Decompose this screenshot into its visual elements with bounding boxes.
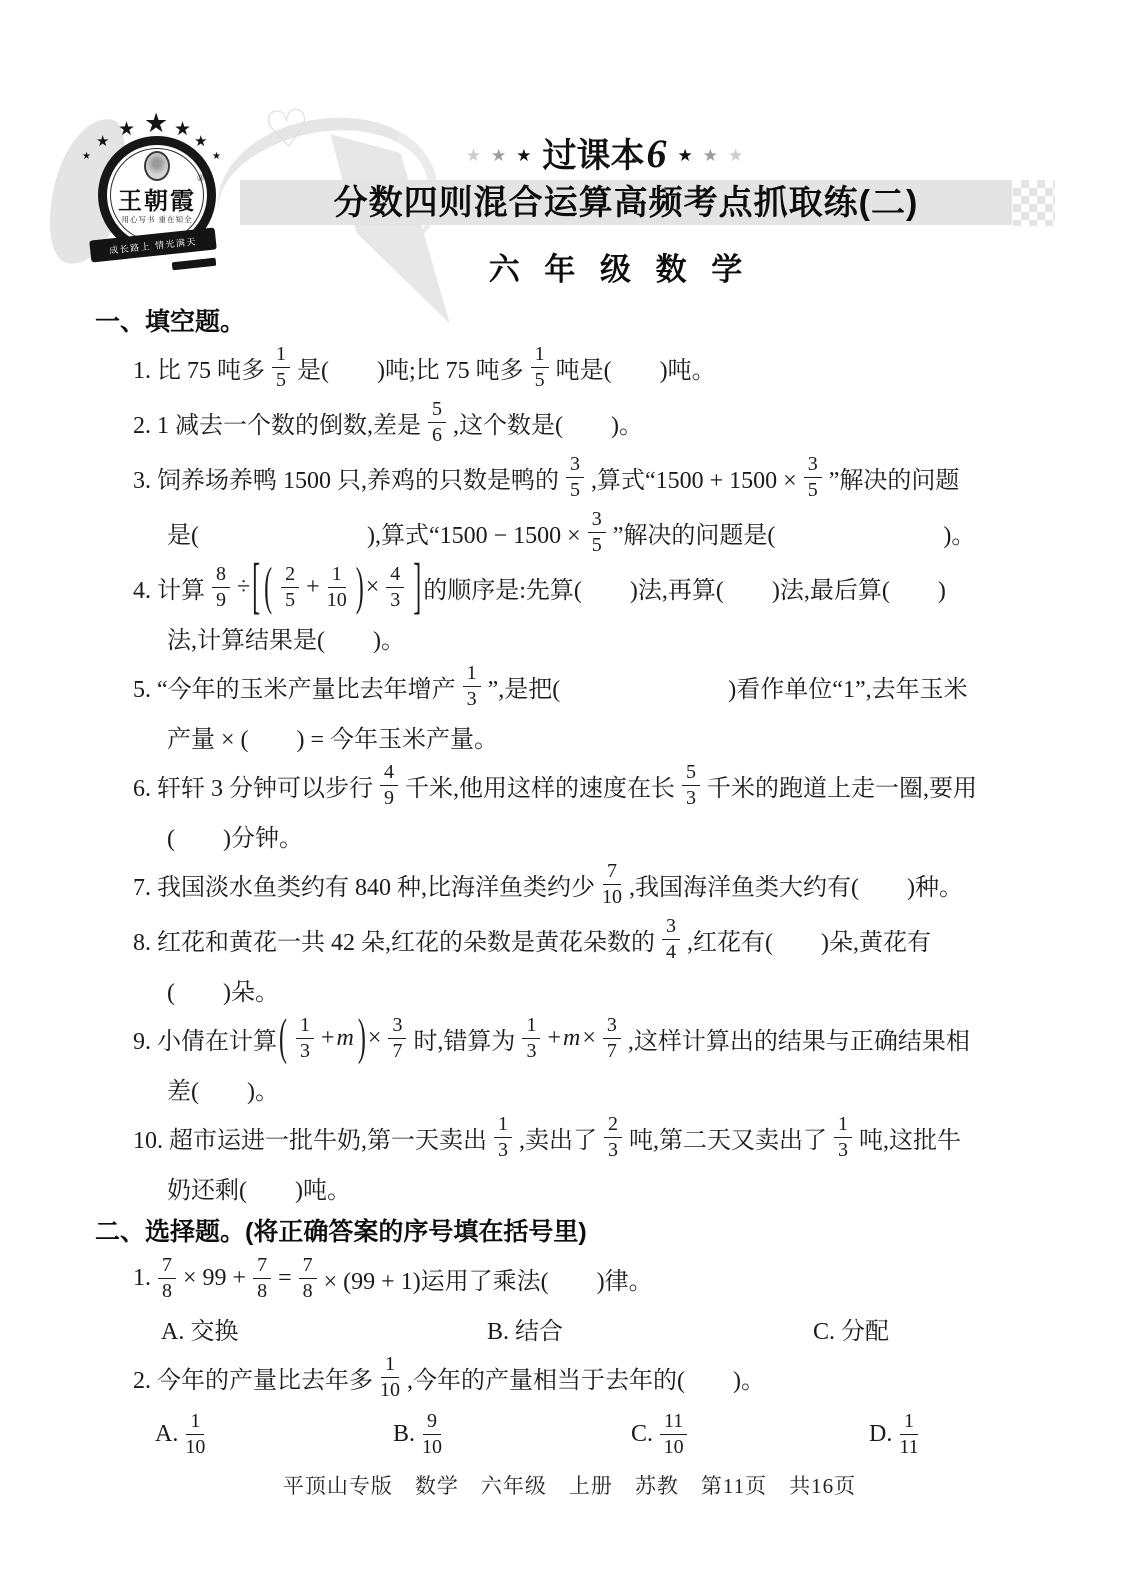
text-run: ,这样计算出的结果与正确结果相	[628, 1021, 970, 1056]
text-run: +	[547, 1025, 561, 1052]
fraction: 13	[494, 1114, 512, 1161]
option-d: D.111	[869, 1411, 926, 1458]
page-footer: 平顶山专版 数学 六年级 上册 苏教 第11页 共16页	[0, 1470, 1139, 1500]
fraction-numerator: 11	[660, 1411, 687, 1435]
fraction: 37	[388, 1015, 406, 1062]
text-run: ,这个数是( )。	[453, 405, 643, 440]
fraction-numerator: 5	[682, 762, 700, 786]
q4-line-2: 法,计算结果是( )。	[95, 615, 1053, 659]
bracket: ]	[413, 556, 421, 618]
fraction-numerator: 7	[603, 861, 621, 885]
fraction-denominator: 9	[384, 786, 394, 809]
text-run: 1. 比 75 吨多	[133, 350, 265, 385]
q8-line-1: 8. 红花和黄花一共 42 朵,红花的朵数是黄花朵数的34,红花有( )朵,黄花…	[95, 912, 1053, 967]
text-run: 9. 小倩在计算	[133, 1021, 277, 1056]
text-run: 时,错算为	[413, 1021, 515, 1056]
worksheet-page: { "header": { "star": "\u2605", "series_…	[0, 0, 1139, 1582]
fraction-numerator: 3	[662, 916, 680, 940]
fraction: 43	[386, 564, 404, 611]
fraction: 1110	[660, 1411, 687, 1458]
text-run: B. 结合	[487, 1311, 563, 1346]
fraction-denominator: 7	[392, 1039, 402, 1062]
fraction: 34	[662, 916, 680, 963]
choice-q1-line-1: 1.78× 99 +78=78× (99 + 1)运用了乘法( )律。	[95, 1251, 1053, 1306]
fraction-denominator: 3	[686, 786, 696, 809]
fraction-numerator: 1	[463, 663, 481, 687]
fraction: 15	[531, 344, 549, 391]
star-icon: ★	[96, 135, 109, 150]
text-run: ,算式“1500 + 1500 ×	[591, 460, 797, 495]
text-run: A.	[155, 1421, 178, 1448]
text-run: ,今年的产量相当于去年的( )。	[407, 1360, 765, 1395]
q9-line-1: 9. 小倩在计算(13+m)×37时,错算为13+m×37,这样计算出的结果与正…	[95, 1011, 1053, 1066]
fraction-numerator: 1	[531, 344, 549, 368]
text-run: A. 交换	[161, 1311, 238, 1346]
text-run: 5. “今年的玉米产量比去年增产	[133, 669, 456, 704]
fraction: 78	[158, 1255, 176, 1302]
text-run: 10. 超市运进一批牛奶,第一天卖出	[133, 1120, 487, 1155]
fraction-numerator: 2	[604, 1114, 622, 1138]
text-run: B.	[393, 1421, 415, 1448]
fraction: 89	[212, 564, 230, 611]
text-run: 4. 计算	[133, 570, 205, 605]
text-run: 的顺序是:先算( )法,再算( )法,最后算( )	[423, 570, 946, 605]
fraction-denominator: 9	[216, 588, 226, 611]
option-b: B. 结合	[487, 1311, 813, 1346]
star-icon: ★	[144, 110, 168, 137]
fraction: 15	[272, 344, 290, 391]
section-1-heading: 一、填空题。	[95, 300, 1053, 340]
series-number: 6	[647, 131, 667, 176]
banner-checker-decoration	[1013, 180, 1055, 226]
fraction-denominator: 10	[422, 1435, 442, 1458]
option-a: A.110	[155, 1411, 393, 1458]
bracket: (	[264, 561, 272, 614]
fraction-denominator: 10	[327, 588, 347, 611]
q5-line-2: 产量 × ( ) = 今年玉米产量。	[95, 714, 1053, 758]
q2-line-1: 2. 1 减去一个数的倒数,差是56,这个数是( )。	[95, 395, 1053, 450]
fraction: 13	[834, 1114, 852, 1161]
fraction: 78	[299, 1255, 317, 1302]
fraction-numerator: 1	[272, 344, 290, 368]
star-icon: ★	[212, 152, 221, 162]
text-run: ,我国海洋鱼类大约有( )种。	[629, 867, 963, 902]
star-icon: ★	[728, 146, 743, 165]
fraction: 53	[682, 762, 700, 809]
text-run: +	[321, 1025, 335, 1052]
text-run: × (99 + 1)运用了乘法( )律。	[324, 1261, 653, 1296]
brand-tagline: 用心写书 重在知全	[107, 214, 207, 225]
fraction-numerator: 1	[494, 1114, 512, 1138]
fraction-denominator: 10	[380, 1378, 400, 1401]
fraction-numerator: 3	[588, 509, 606, 533]
brand-name: 王朝霞	[107, 181, 207, 216]
fraction: 110	[327, 564, 347, 611]
bracket: [	[252, 556, 260, 618]
q4-line-1: 4. 计算89÷[(25+110)×43]的顺序是:先算( )法,再算( )法,…	[95, 560, 1053, 615]
fraction: 110	[380, 1354, 400, 1401]
bracket: )	[358, 1013, 366, 1063]
fraction-numerator: 4	[386, 564, 404, 588]
q6-line-1: 6. 轩轩 3 分钟可以步行49千米,他用这样的速度在长53千米的跑道上走一圈,…	[95, 758, 1053, 813]
fraction-denominator: 10	[602, 885, 622, 908]
fraction-denominator: 3	[608, 1138, 618, 1161]
q6-line-2: ( )分钟。	[95, 813, 1053, 857]
text-run: 吨是( )吨。	[556, 350, 716, 385]
text-run: 差( )。	[167, 1071, 279, 1106]
text-run: 奶还剩( )吨。	[167, 1170, 351, 1205]
text-run: C. 分配	[813, 1311, 889, 1346]
text-run: 1.	[133, 1265, 151, 1292]
fraction-denominator: 5	[535, 368, 545, 391]
fraction-denominator: 8	[257, 1279, 267, 1302]
variable: m	[335, 1025, 356, 1052]
q8-line-2: ( )朵。	[95, 967, 1053, 1011]
text-run: ”,是把( )看作单位“1”,去年玉米	[488, 669, 968, 704]
portrait-photo	[144, 151, 170, 181]
fraction-denominator: 8	[303, 1279, 313, 1302]
fraction: 13	[463, 663, 481, 710]
fraction: 110	[185, 1411, 205, 1458]
text-run: ×	[582, 1025, 596, 1052]
registered-mark: ®	[197, 173, 204, 183]
text-run: +	[306, 574, 320, 601]
fraction-numerator: 1	[834, 1114, 852, 1138]
star-icon: ★	[703, 146, 718, 165]
star-icon: ★	[194, 135, 207, 150]
text-run: 千米的跑道上走一圈,要用	[707, 768, 977, 803]
star-icon: ★	[82, 152, 91, 162]
star-icon: ★	[516, 146, 531, 165]
q7-line-1: 7. 我国淡水鱼类约有 840 种,比海洋鱼类约少710,我国海洋鱼类大约有( …	[95, 857, 1053, 912]
text-run: 3. 饲养场养鸭 1500 只,养鸡的只数是鸭的	[133, 460, 559, 495]
fraction: 111	[899, 1411, 918, 1458]
text-run: 产量 × ( ) = 今年玉米产量。	[167, 719, 498, 754]
q3-line-2: 是( ),算式“1500 − 1500 ×35”解决的问题是( )。	[95, 505, 1053, 560]
fraction: 35	[566, 454, 584, 501]
text-run: 7. 我国淡水鱼类约有 840 种,比海洋鱼类约少	[133, 867, 595, 902]
text-run: 是( )吨;比 75 吨多	[297, 350, 524, 385]
text-run: ÷	[237, 574, 250, 601]
fraction-denominator: 3	[498, 1138, 508, 1161]
bracket: )	[356, 561, 364, 614]
fraction-numerator: 2	[281, 564, 299, 588]
text-run: 吨,这批牛	[859, 1120, 961, 1155]
fraction-numerator: 7	[158, 1255, 176, 1279]
fraction: 49	[380, 762, 398, 809]
fraction-denominator: 5	[276, 368, 286, 391]
fraction-denominator: 4	[666, 940, 676, 963]
fraction-denominator: 10	[664, 1435, 684, 1458]
text-run: ×	[368, 1025, 382, 1052]
text-run: 吨,第二天又卖出了	[629, 1120, 827, 1155]
fraction: 37	[603, 1015, 621, 1062]
fraction-numerator: 1	[900, 1411, 918, 1435]
fraction-denominator: 3	[467, 687, 477, 710]
fraction-numerator: 1	[328, 564, 346, 588]
q5-line-1: 5. “今年的玉米产量比去年增产13”,是把( )看作单位“1”,去年玉米	[95, 659, 1053, 714]
fraction-numerator: 3	[804, 454, 822, 478]
q10-line-2: 奶还剩( )吨。	[95, 1165, 1053, 1209]
text-run: ,卖出了	[519, 1120, 597, 1155]
fraction-denominator: 3	[300, 1039, 310, 1062]
fraction: 23	[604, 1114, 622, 1161]
fraction: 56	[428, 399, 446, 446]
text-run: 2. 今年的产量比去年多	[133, 1360, 373, 1395]
text-run: 法,计算结果是( )。	[167, 620, 405, 655]
fraction-denominator: 3	[526, 1039, 536, 1062]
star-icon: ★	[174, 120, 191, 139]
option-c: C. 分配	[813, 1311, 889, 1346]
fraction-denominator: 11	[899, 1435, 918, 1458]
choice-q2-options: A.110 B.910 C.1110 D.111	[95, 1405, 1053, 1463]
option-b: B.910	[393, 1411, 631, 1458]
series-title: 过课本	[543, 138, 645, 175]
fraction: 710	[602, 861, 622, 908]
text-run: ×	[366, 574, 380, 601]
star-icon: ★	[678, 146, 693, 165]
text-run: ( )朵。	[167, 972, 279, 1007]
text-run: ”解决的问题是( )。	[613, 515, 976, 550]
fraction-numerator: 8	[212, 564, 230, 588]
option-a: A. 交换	[161, 1311, 487, 1346]
text-run: 千米,他用这样的速度在长	[405, 768, 675, 803]
fraction-denominator: 10	[185, 1435, 205, 1458]
q1-line-1: 1. 比 75 吨多15是( )吨;比 75 吨多15吨是( )吨。	[95, 340, 1053, 395]
fraction: 25	[281, 564, 299, 611]
worksheet-title-banner: 分数四则混合运算高频考点抓取练(二)	[240, 180, 1012, 225]
text-run: ,红花有( )朵,黄花有	[687, 922, 931, 957]
option-c: C.1110	[631, 1411, 869, 1458]
fraction-numerator: 3	[388, 1015, 406, 1039]
fraction-numerator: 1	[522, 1015, 540, 1039]
fraction-denominator: 3	[390, 588, 400, 611]
worksheet-body: 一、填空题。 1. 比 75 吨多15是( )吨;比 75 吨多15吨是( )吨…	[95, 300, 1053, 1463]
text-run: C.	[631, 1421, 653, 1448]
section-2-heading: 二、选择题。(将正确答案的序号填在括号里)	[95, 1209, 1053, 1251]
fraction-numerator: 4	[380, 762, 398, 786]
fraction-numerator: 1	[186, 1411, 204, 1435]
fraction: 13	[296, 1015, 314, 1062]
fraction-denominator: 5	[808, 478, 818, 501]
fraction: 35	[804, 454, 822, 501]
fraction-numerator: 3	[603, 1015, 621, 1039]
fraction: 78	[253, 1255, 271, 1302]
choice-q1-options: A. 交换 B. 结合 C. 分配	[95, 1306, 1053, 1350]
fraction-numerator: 9	[423, 1411, 441, 1435]
q3-line-1: 3. 饲养场养鸭 1500 只,养鸡的只数是鸭的35,算式“1500 + 150…	[95, 450, 1053, 505]
star-icon: ★	[466, 146, 481, 165]
fraction-numerator: 7	[299, 1255, 317, 1279]
fraction-denominator: 7	[607, 1039, 617, 1062]
fraction-numerator: 1	[296, 1015, 314, 1039]
fraction-denominator: 3	[838, 1138, 848, 1161]
text-run: 8. 红花和黄花一共 42 朵,红花的朵数是黄花朵数的	[133, 922, 655, 957]
fraction-numerator: 1	[381, 1354, 399, 1378]
text-run: ( )分钟。	[167, 818, 303, 853]
q10-line-1: 10. 超市运进一批牛奶,第一天卖出13,卖出了23吨,第二天又卖出了13吨,这…	[95, 1110, 1053, 1165]
star-icon: ★	[118, 120, 135, 139]
fraction: 13	[522, 1015, 540, 1062]
fraction: 910	[422, 1411, 442, 1458]
text-run: =	[278, 1265, 292, 1292]
q9-line-2: 差( )。	[95, 1066, 1053, 1110]
fraction-denominator: 5	[285, 588, 295, 611]
fraction-numerator: 7	[253, 1255, 271, 1279]
bracket: (	[279, 1013, 287, 1063]
text-run: ”解决的问题	[829, 460, 960, 495]
text-run: 6. 轩轩 3 分钟可以步行	[133, 768, 373, 803]
fraction-denominator: 6	[432, 423, 442, 446]
fraction-denominator: 5	[592, 533, 602, 556]
star-icon: ★	[491, 146, 506, 165]
choice-q2-line-1: 2. 今年的产量比去年多110,今年的产量相当于去年的( )。	[95, 1350, 1053, 1405]
fraction-denominator: 5	[570, 478, 580, 501]
fraction-numerator: 5	[428, 399, 446, 423]
variable: m	[561, 1025, 582, 1052]
fraction: 35	[588, 509, 606, 556]
text-run: × 99 +	[183, 1265, 246, 1292]
text-run: D.	[869, 1421, 892, 1448]
fraction-denominator: 8	[162, 1279, 172, 1302]
text-run: 是( ),算式“1500 − 1500 ×	[167, 515, 581, 550]
text-run: 2. 1 减去一个数的倒数,差是	[133, 405, 421, 440]
fraction-numerator: 3	[566, 454, 584, 478]
